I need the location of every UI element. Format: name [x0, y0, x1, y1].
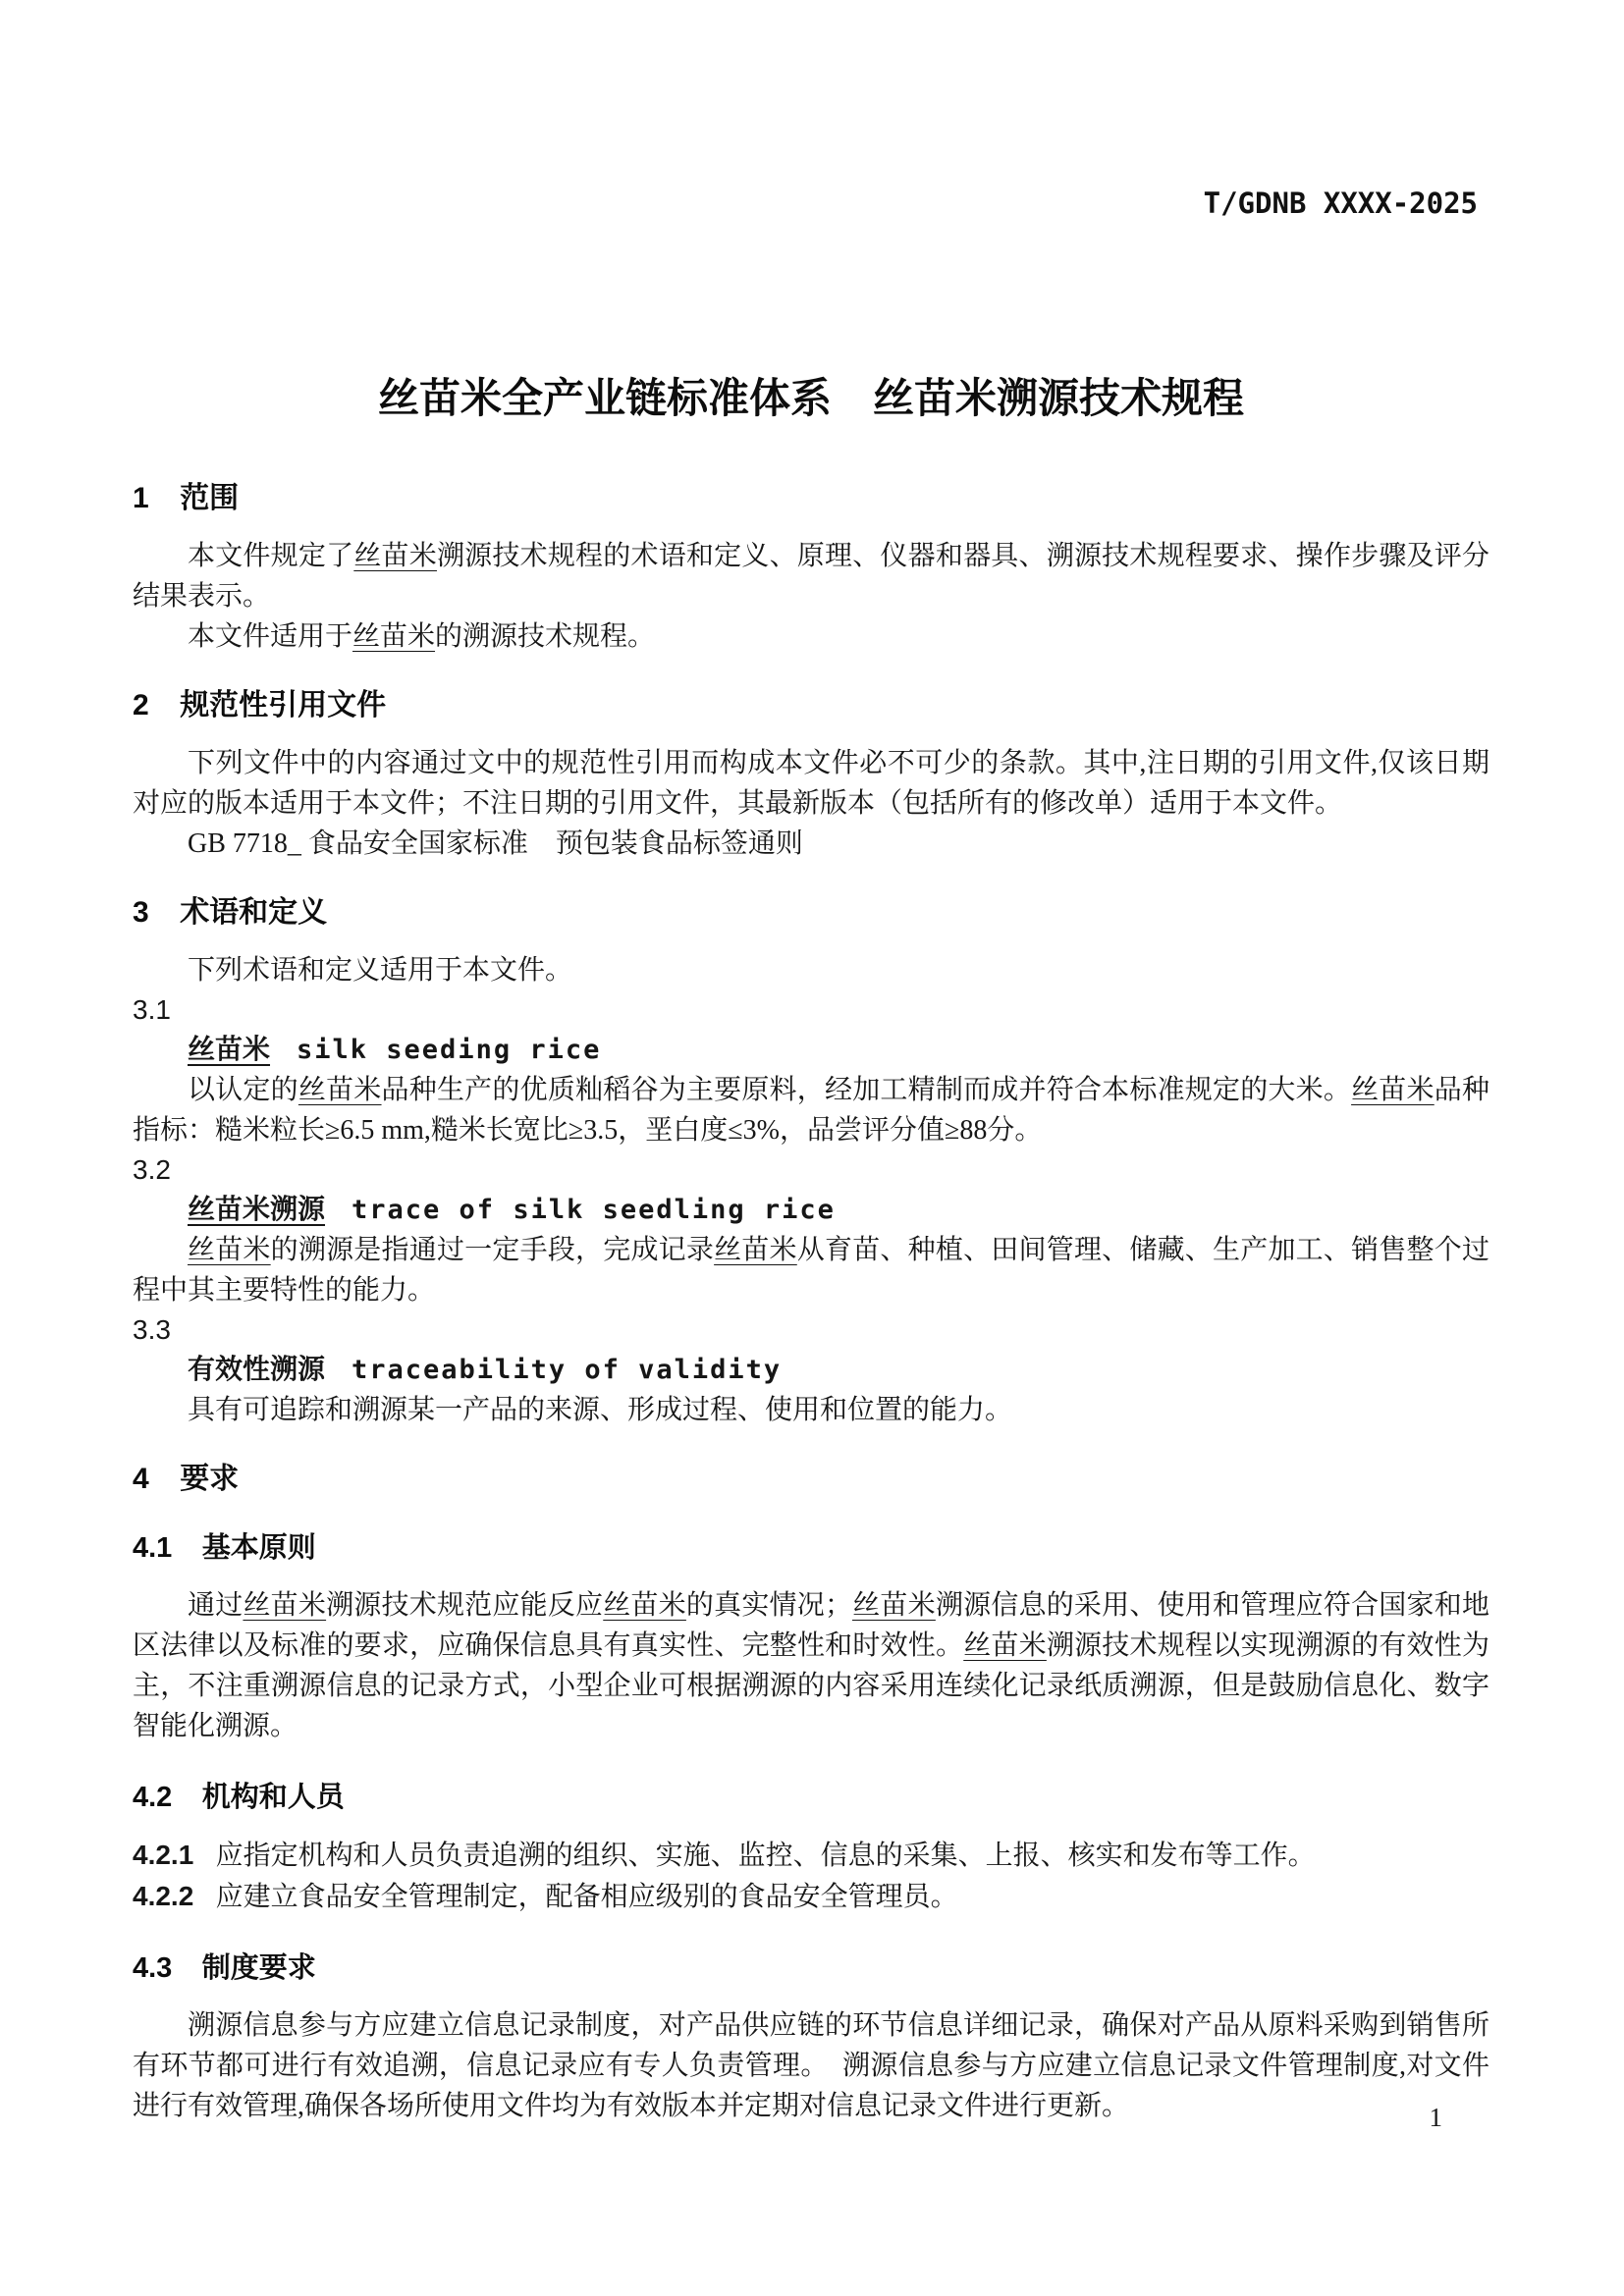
term-3-3: 3.3 有效性溯源traceability of validity 具有可追踪和…: [133, 1310, 1489, 1430]
clause-4-2-1-number: 4.2.1: [133, 1840, 193, 1870]
section-2-number: 2: [133, 689, 149, 721]
section-4-1-paragraph: 通过丝苗米溯源技术规范应能反应丝苗米的真实情况；丝苗米溯源信息的采用、使用和管理…: [133, 1585, 1489, 1746]
section-3-heading: 3术语和定义: [133, 895, 1489, 931]
term-3-3-number: 3.3: [133, 1310, 1489, 1350]
section-4-3-paragraph: 溯源信息参与方应建立信息记录制度，对产品供应链的环节信息详细记录，确保对产品从原…: [133, 2005, 1489, 2126]
section-1-paragraph-1: 本文件规定了丝苗米溯源技术规程的术语和定义、原理、仪器和器具、溯源技术规程要求、…: [133, 536, 1489, 616]
section-3-terms-definitions: 3术语和定义 下列术语和定义适用于本文件。 3.1 丝苗米silk seedin…: [133, 895, 1489, 1430]
clause-4-2-2-text: 应建立食品安全管理制定，配备相应级别的食品安全管理员。: [216, 1882, 958, 1912]
term-3-2-line: 丝苗米溯源trace of silk seedling rice: [133, 1190, 1489, 1230]
section-4-title: 要求: [180, 1463, 239, 1495]
section-4-3-heading: 4.3制度要求: [133, 1950, 1489, 1986]
page-content: 丝苗米全产业链标准体系 丝苗米溯源技术规程 1范围 本文件规定了丝苗米溯源技术规…: [0, 0, 1624, 2126]
standard-code: T/GDNB XXXX-2025: [1204, 187, 1478, 220]
section-4-2-number: 4.2: [133, 1782, 172, 1813]
term-3-1: 3.1 丝苗米silk seeding rice 以认定的丝苗米品种生产的优质籼…: [133, 990, 1489, 1150]
section-2-title: 规范性引用文件: [180, 689, 386, 721]
term-3-3-line: 有效性溯源traceability of validity: [133, 1350, 1489, 1390]
section-4-2-title: 机构和人员: [202, 1782, 345, 1813]
term-3-1-name-en: silk seeding rice: [297, 1035, 601, 1065]
section-1-scope: 1范围 本文件规定了丝苗米溯源技术规程的术语和定义、原理、仪器和器具、溯源技术规…: [133, 481, 1489, 657]
section-2-normative-references: 2规范性引用文件 下列文件中的内容通过文中的规范性引用而构成本文件必不可少的条款…: [133, 688, 1489, 864]
term-3-2-number: 3.2: [133, 1150, 1489, 1190]
term-3-2-name-en: trace of silk seedling rice: [352, 1195, 836, 1225]
term-3-1-definition: 以认定的丝苗米品种生产的优质籼稻谷为主要原料，经加工精制而成并符合本标准规定的大…: [133, 1070, 1489, 1150]
page-number: 1: [1430, 2103, 1443, 2133]
clause-4-2-2-number: 4.2.2: [133, 1881, 193, 1911]
term-3-1-number: 3.1: [133, 990, 1489, 1030]
section-4-requirements: 4要求 4.1基本原则 通过丝苗米溯源技术规范应能反应丝苗米的真实情况；丝苗米溯…: [133, 1462, 1489, 2126]
section-4-3-title: 制度要求: [202, 1952, 316, 1984]
term-3-2: 3.2 丝苗米溯源trace of silk seedling rice 丝苗米…: [133, 1150, 1489, 1310]
section-1-heading: 1范围: [133, 481, 1489, 516]
section-4-1-title: 基本原则: [202, 1532, 316, 1564]
term-3-3-name-cn: 有效性溯源: [188, 1354, 325, 1384]
term-3-1-line: 丝苗米silk seeding rice: [133, 1030, 1489, 1070]
section-2-heading: 2规范性引用文件: [133, 688, 1489, 723]
section-1-number: 1: [133, 482, 149, 514]
section-4-heading: 4要求: [133, 1462, 1489, 1497]
term-3-2-definition: 丝苗米的溯源是指通过一定手段，完成记录丝苗米从育苗、种植、田间管理、储藏、生产加…: [133, 1230, 1489, 1310]
clause-4-2-2: 4.2.2应建立食品安全管理制定，配备相应级别的食品安全管理员。: [133, 1876, 1489, 1917]
clause-4-2-1: 4.2.1应指定机构和人员负责追溯的组织、实施、监控、信息的采集、上报、核实和发…: [133, 1835, 1489, 1876]
term-3-3-definition: 具有可追踪和溯源某一产品的来源、形成过程、使用和位置的能力。: [133, 1390, 1489, 1430]
term-3-1-name-cn: 丝苗米: [188, 1034, 270, 1064]
section-3-intro: 下列术语和定义适用于本文件。: [133, 950, 1489, 990]
section-3-title: 术语和定义: [180, 896, 327, 929]
section-1-title: 范围: [180, 482, 239, 514]
term-3-3-name-en: traceability of validity: [352, 1355, 782, 1385]
section-4-3-number: 4.3: [133, 1952, 172, 1984]
term-3-2-name-cn: 丝苗米溯源: [188, 1194, 325, 1224]
section-4-1-number: 4.1: [133, 1532, 172, 1564]
section-2-reference-gb7718: GB 7718_ 食品安全国家标准 预包装食品标签通则: [133, 824, 1489, 864]
document-page: T/GDNB XXXX-2025 丝苗米全产业链标准体系 丝苗米溯源技术规程 1…: [0, 0, 1624, 2296]
section-4-number: 4: [133, 1463, 149, 1495]
section-4-1-heading: 4.1基本原则: [133, 1530, 1489, 1566]
section-3-number: 3: [133, 896, 149, 929]
section-1-paragraph-2: 本文件适用于丝苗米的溯源技术规程。: [133, 616, 1489, 657]
section-4-2-heading: 4.2机构和人员: [133, 1780, 1489, 1815]
section-2-paragraph-1: 下列文件中的内容通过文中的规范性引用而构成本文件必不可少的条款。其中,注日期的引…: [133, 743, 1489, 824]
clause-4-2-1-text: 应指定机构和人员负责追溯的组织、实施、监控、信息的采集、上报、核实和发布等工作。: [216, 1841, 1316, 1871]
